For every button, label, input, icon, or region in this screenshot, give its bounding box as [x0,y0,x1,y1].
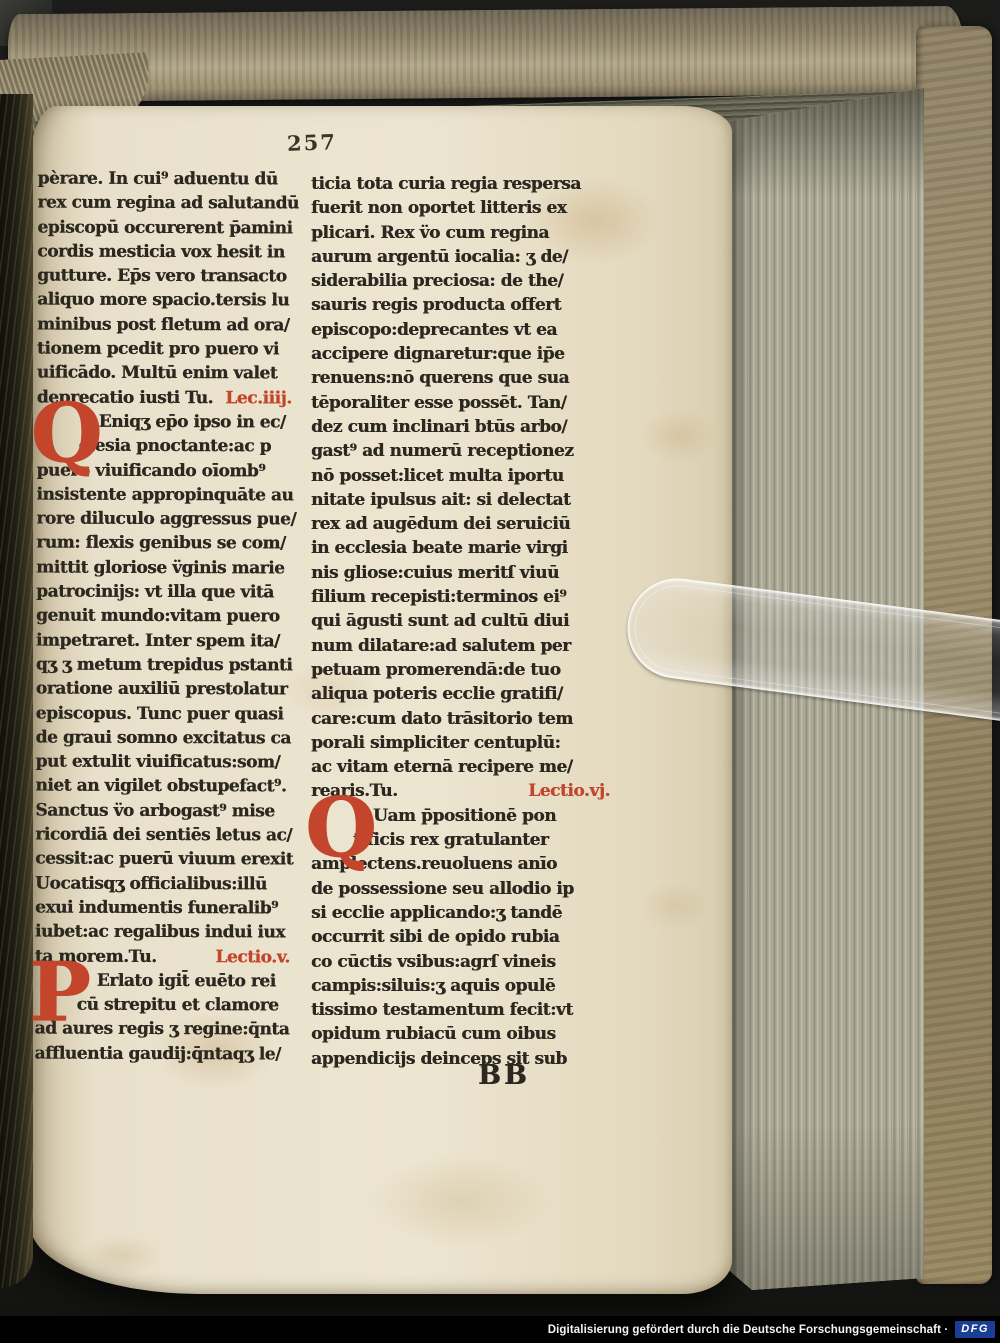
text-column-right: ticia tota curia regia respersafuerit no… [311,172,612,1071]
text-line: num dilatare:ad salutem per [311,634,612,658]
text-line: put extulit viuificatus:som/ [35,750,292,775]
text-line: episcopus. Tunc puer quasi [36,701,293,726]
text-line: dez cum inclinari btūs arbo/ [311,415,612,439]
drop-cap-initial: Q [305,798,376,868]
text-segment: tissimo testamentum fecit:vt [311,1000,573,1020]
text-segment: tificis rex gratulanter [353,830,548,850]
text-line: cessit:ac puerū viuum erexit [35,847,292,872]
text-segment: rum: flexis genibus se com/ [36,533,286,554]
text-segment: siderabilia preciosa: de the/ [311,271,563,291]
text-segment: tionem pcedit pro puero vi [37,339,279,360]
text-line: fuerit non oportet litteris ex [311,196,612,220]
text-segment: opidum rubiacū cum oibus [311,1024,556,1044]
text-line: renuens:nō querens que sua [311,366,612,390]
text-line: ac vitam eternā recipere me/ [311,755,612,779]
text-line: rore diluculo aggressus pue/ [36,507,293,532]
drop-cap-initial: P [29,962,90,1032]
text-line: Sanctus v̈o arbogast⁹ mise [35,798,292,823]
text-segment: ticia tota curia regia respersa [311,174,581,194]
text-line: qʒ ʒ metum trepidus pstanti [36,652,293,677]
text-segment: sauris regis producta offert [311,295,561,315]
text-segment: filium recepisti:terminos ei⁹ [311,587,566,607]
text-line: minibus post fletum ad ora/ [37,312,294,337]
text-line: rex cum regina ad salutandū [37,191,294,216]
text-segment: patrocinijs: vt illa que vitā [36,582,274,603]
text-segment: renuens:nō querens que sua [311,368,569,388]
text-segment: cū strepitu et clamore [77,995,279,1016]
text-segment: nis gliose:cuius meritſ viuū [311,563,559,583]
text-segment: qui āgusti sunt ad cultū diui [311,611,569,631]
text-line: co cūctis vsibus:agrſ vineis [311,950,612,974]
text-segment: de possessione seu allodio ip [311,879,574,899]
text-segment: de graui somno excitatus ca [36,727,291,748]
text-segment: aliqua poteris ecclie gratifi/ [311,684,563,704]
text-line: impetraret. Inter spem ita/ [36,628,293,653]
text-segment: Erlato igit̄ euēto rei [97,971,276,992]
text-segment: impetraret. Inter spem ita/ [36,630,280,651]
text-segment: campis:siluis:ʒ aquis opulē [311,976,555,996]
text-line: pèrare. In cui⁹ aduentu dū [37,167,294,192]
text-line: affluentia gaudij:q̄ntaqʒ le/ [34,1041,291,1066]
text-segment: Sanctus v̈o arbogast⁹ mise [35,800,274,821]
text-segment: pèrare. In cui⁹ aduentu dū [37,169,277,190]
text-line: opidum rubiacū cum oibus [311,1022,612,1046]
text-segment: accipere dignaretur:que ip̄e [311,344,564,364]
text-segment: rex ad augēdum dei seruiciū [311,514,570,534]
funding-caption-text: Digitalisierung gefördert durch die Deut… [548,1324,949,1336]
text-line: de possessione seu allodio ip [311,877,612,901]
text-line: campis:siluis:ʒ aquis opulē [311,974,612,998]
text-line: ricordiā dei sentiēs letus ac/ [35,823,292,848]
text-segment: ricordiā dei sentiēs letus ac/ [35,825,292,846]
quire-signature-mark: BB [478,1060,530,1091]
text-segment: care:cum dato trāsitorio tem [311,709,573,729]
text-segment: oratione auxiliū prestolatur [36,679,288,700]
text-segment: fuerit non oportet litteris ex [311,198,566,218]
text-line: si ecclie applicando:ʒ tandē [311,901,612,925]
text-segment: genuit mundo:vitam puero [36,606,280,627]
text-line: patrocinijs: vt illa que vitā [36,580,293,605]
text-line: Uocatisqʒ officialibus:illū [35,871,292,896]
text-segment: aurum argentū iocalia: ʒ de/ [311,247,568,267]
text-segment: Uam p̄positionē pon [373,806,556,826]
text-segment: co cūctis vsibus:agrſ vineis [311,952,556,972]
text-segment: in ecclesia beate marie virgi [311,538,568,558]
text-line: aurum argentū iocalia: ʒ de/ [311,245,612,269]
rubric-text: Lec.iiij. [225,386,292,411]
text-line: appendicijs deinceps sit sub [311,1047,612,1071]
text-line: iubet:ac regalibus indui iux [35,920,292,945]
text-segment: episcopo:deprecantes vt ea [311,320,557,340]
drop-cap-initial: Q [30,404,101,474]
text-segment: gast⁹ ad numerū receptionez [311,441,573,461]
text-column-left: pèrare. In cui⁹ aduentu dūrex cum regina… [34,167,294,1067]
text-segment: porali simpliciter centuplū: [311,733,560,753]
text-line: ticia tota curia regia respersa [311,172,612,196]
text-line: tēporaliter esse possēt. Tan/ [311,391,612,415]
text-line: filium recepisti:terminos ei⁹ [311,585,612,609]
text-line: accipere dignaretur:que ip̄e [311,342,612,366]
book-top-binding-edge [8,6,965,102]
text-segment: uificādo. Multū enim valet [37,363,277,384]
text-line: gast⁹ ad numerū receptionez [311,439,612,463]
text-segment: Eniqʒ ep̄o ipso in ec/ [99,412,286,433]
text-line: episcopo:deprecantes vt ea [311,318,612,342]
text-segment: petuam promerendā:de tuo [311,660,561,680]
text-segment: minibus post fletum ad ora/ [37,314,290,335]
text-line: in ecclesia beate marie virgi [311,536,612,560]
text-line: de graui somno excitatus ca [36,725,293,750]
text-segment: rore diluculo aggressus pue/ [36,509,296,530]
book-gutter-edge [0,94,33,1288]
text-segment: tēporaliter esse possēt. Tan/ [311,393,566,413]
text-segment: si ecclie applicando:ʒ tandē [311,903,562,923]
text-line: plicari. Rex v̈o cum regina [311,221,612,245]
text-segment: occurrit sibi de opido rubia [311,927,559,947]
text-line: mittit gloriose v̈ginis marie [36,555,293,580]
text-line: sauris regis producta offert [311,293,612,317]
text-segment: episcopū occurerent p̄amini [37,217,292,238]
text-segment: cordis mesticia vox hesit in [37,241,284,262]
text-segment: gutture. Ep̄s vero transacto [37,266,286,287]
text-segment: episcopus. Tunc puer quasi [36,703,284,724]
text-line: nō posset:licet multa iportu [311,464,612,488]
rubric-text: Lectio.vj. [528,779,610,803]
text-segment: exui indumentis funeralib⁹ [35,897,278,918]
text-line: genuit mundo:vitam puero [36,604,293,629]
text-segment: niet an vigilet obstupefact⁹. [35,776,286,797]
text-segment: ac vitam eternā recipere me/ [311,757,573,777]
text-line: siderabilia preciosa: de the/ [311,269,612,293]
text-segment: plicari. Rex v̈o cum regina [311,223,549,243]
text-segment: cessit:ac puerū viuum erexit [35,849,293,870]
text-line: oratione auxiliū prestolatur [36,677,293,702]
text-line: care:cum dato trāsitorio tem [311,707,612,731]
text-segment: insistente appropinquāte au [36,484,293,505]
text-line: episcopū occurerent p̄amini [37,215,294,240]
text-segment: nō posset:licet multa iportu [311,466,564,486]
text-segment: aliquo more spacio.tersis lu [37,290,289,311]
text-line: petuam promerendā:de tuo [311,658,612,682]
text-line: tissimo testamentum fecit:vt [311,998,612,1022]
text-segment: affluentia gaudij:q̄ntaqʒ le/ [34,1043,280,1064]
funding-caption-bar: Digitalisierung gefördert durch die Deut… [0,1316,1000,1343]
text-line: rex ad augēdum dei seruiciū [311,512,612,536]
text-segment: qʒ ʒ metum trepidus pstanti [36,654,293,675]
text-line: porali simpliciter centuplū: [311,731,612,755]
text-segment: iubet:ac regalibus indui iux [35,922,285,943]
page-number: 257 [287,129,338,156]
text-segment: rex cum regina ad salutandū [37,193,298,214]
text-line: tionem pcedit pro puero vi [37,337,294,362]
text-segment: clesia pnoctante:ac p [79,436,271,457]
rubric-text: Lectio.v. [215,945,290,970]
text-segment: nitate ipulsus ait: si delectat [311,490,570,510]
text-line: uificādo. Multū enim valet [37,361,294,386]
dfg-logo: DFG [955,1321,995,1338]
text-line: nis gliose:cuius meritſ viuū [311,561,612,585]
book-scan-photo: 257 pèrare. In cui⁹ aduentu dūrex cum re… [0,0,1000,1343]
text-segment: dez cum inclinari btūs arbo/ [311,417,567,437]
text-line: qui āgusti sunt ad cultū diui [311,609,612,633]
text-line: aliquo more spacio.tersis lu [37,288,294,313]
text-segment: Uocatisqʒ officialibus:illū [35,873,267,894]
text-segment: mittit gloriose v̈ginis marie [36,557,284,578]
text-line: gutture. Ep̄s vero transacto [37,264,294,289]
text-line: aliqua poteris ecclie gratifi/ [311,682,612,706]
text-line: exui indumentis funeralib⁹ [35,895,292,920]
text-line: insistente appropinquāte au [36,482,293,507]
text-line: niet an vigilet obstupefact⁹. [35,774,292,799]
text-line: occurrit sibi de opido rubia [311,925,612,949]
text-line: cordis mesticia vox hesit in [37,239,294,264]
text-line: rum: flexis genibus se com/ [36,531,293,556]
text-segment: num dilatare:ad salutem per [311,636,571,656]
text-segment: put extulit viuificatus:som/ [35,752,280,773]
text-line: nitate ipulsus ait: si delectat [311,488,612,512]
